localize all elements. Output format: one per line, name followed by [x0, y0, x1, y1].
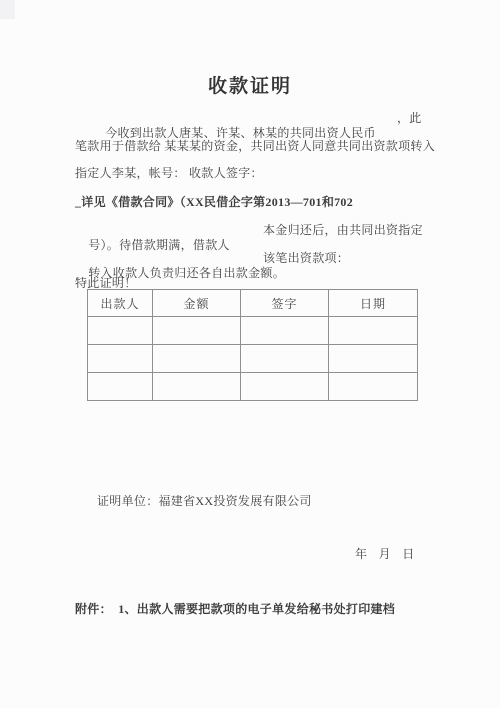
attachment-line: 附件： 1、出款人需要把款项的电子单发给秘书处打印建档: [75, 602, 395, 617]
table-header-row: 出款人金额签字日期: [88, 290, 418, 317]
date-line: 年 月 日: [355, 547, 415, 562]
body-line-6-tail: 该笔出资款项：: [263, 251, 349, 266]
body-line-2: 笔款用于借款给 某某某的资金，共同出资人同意共同出资款项转入: [75, 139, 435, 154]
body-line-5-text: 号）。待借款期满，借款人: [88, 238, 230, 252]
table-cell: [153, 373, 241, 401]
body-line-3: 指定人李某，帐号： 收款人签字：: [75, 166, 263, 181]
table-cell: [329, 373, 418, 401]
table-cell: [241, 345, 329, 373]
table-cell: [329, 345, 418, 373]
body-line-1-tail: ，此: [397, 111, 422, 126]
receipt-document-page: 收款证明 今收到出款人唐某、许某、林某的共同出资人民币 ，此 笔款用于借款给 某…: [0, 0, 500, 708]
table-row: [88, 345, 418, 373]
table-header-cell: 金额: [153, 290, 241, 317]
table-header-cell: 日期: [329, 290, 418, 317]
table-cell: [88, 317, 153, 345]
body-line-5-tail: 本金归还后，由共同出资指定: [263, 223, 423, 238]
table-cell: [241, 317, 329, 345]
payer-signature-table: 出款人金额签字日期: [87, 289, 418, 401]
table-cell: [329, 317, 418, 345]
table-header-cell: 签字: [241, 290, 329, 317]
document-title: 收款证明: [0, 71, 500, 98]
table-cell: [88, 373, 153, 401]
table-row: [88, 317, 418, 345]
issuer-line: 证明单位：福建省XX投资发展有限公司: [97, 494, 312, 509]
table-cell: [241, 373, 329, 401]
table-cell: [153, 345, 241, 373]
table-body: [88, 317, 418, 401]
scan-corner-artifact: [0, 0, 15, 19]
body-line-1-text: 今收到出款人唐某、许某、林某的共同出资人民币: [105, 126, 376, 140]
table-header-cell: 出款人: [88, 290, 153, 317]
table-row: [88, 373, 418, 401]
table-cell: [153, 317, 241, 345]
table-cell: [88, 345, 153, 373]
contract-reference-line: _详见《借款合同》（XX民借企字第2013—701和702: [75, 195, 353, 210]
